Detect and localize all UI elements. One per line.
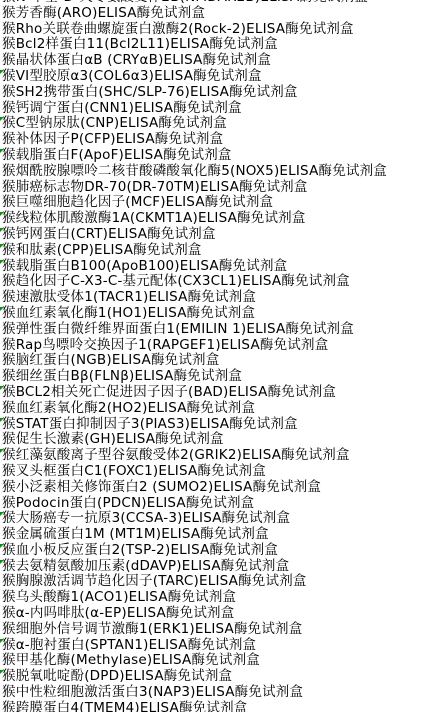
list-item[interactable]: 猴钙网蛋白(CRT)ELISA酶免试剂盒 [2, 227, 439, 243]
kit-name-text: 猴载脂蛋白B100(ApoB100)ELISA酶免试剂盒 [2, 259, 287, 275]
kit-name-text: 猴红藻氨酸离子型谷氨酸受体2(GRIK2)ELISA酶免试剂盒 [2, 448, 350, 464]
kit-name-text: 猴α-胞衬蛋白(SPTAN1)ELISA酶免试剂盒 [2, 638, 256, 654]
kit-name-text: 猴补体因子P(CFP)ELISA酶免试剂盒 [2, 132, 223, 148]
kit-name-text: 猴中性粒细胞激活蛋白3(NAP3)ELISA酶免试剂盒 [2, 685, 303, 701]
list-item[interactable]: 猴金属硫蛋白1M (MT1M)ELISA酶免试剂盒 [2, 527, 439, 543]
list-item[interactable]: 猴SH2携带蛋白(SHC/SLP-76)ELISA酶免试剂盒 [2, 85, 439, 101]
list-item[interactable]: 猴Rap鸟嘌呤交换因子1(RAPGEF1)ELISA酶免试剂盒 [2, 338, 439, 354]
kit-name-text: 猴Podocin蛋白(PDCN)ELISA酶免试剂盒 [2, 496, 254, 512]
anchor-marker-icon [0, 260, 4, 264]
list-item[interactable]: 猴线粒体肌酸激酶1A(CKMT1A)ELISA酶免试剂盒 [2, 211, 439, 227]
kit-name-text: 猴细胞外信号调节激酶1(ERK1)ELISA酶免试剂盒 [2, 622, 302, 638]
list-item[interactable]: 猴中性粒细胞激活蛋白3(NAP3)ELISA酶免试剂盒 [2, 685, 439, 701]
product-kit-list: 猴N-甲基-D-天冬氨酸受体2B(NMDAR2B)ELISA酶免试剂盒猴芳香酶(… [2, 0, 439, 712]
list-item[interactable]: 猴大肠癌专一抗原3(CCSA-3)ELISA酶免试剂盒 [2, 511, 439, 527]
kit-name-text: 猴Bcl2样蛋白11(Bcl2L11)ELISA酶免试剂盒 [2, 37, 278, 53]
list-item[interactable]: 猴补体因子P(CFP)ELISA酶免试剂盒 [2, 132, 439, 148]
kit-name-text: 猴C型钠尿肽(CNP)ELISA酶免试剂盒 [2, 116, 227, 132]
kit-name-text: 猴血红素氧化酶2(HO2)ELISA酶免试剂盒 [2, 401, 255, 417]
list-item[interactable]: 猴和肽素(CPP)ELISA酶免试剂盒 [2, 243, 439, 259]
kit-name-text: 猴金属硫蛋白1M (MT1M)ELISA酶免试剂盒 [2, 527, 269, 543]
anchor-marker-icon [0, 544, 4, 548]
kit-name-text: 猴脑红蛋白(NGB)ELISA酶免试剂盒 [2, 353, 219, 369]
kit-name-text: 猴趋化因子C-X3-C-基元配体(CX3CL1)ELISA酶免试剂盒 [2, 274, 350, 290]
list-item[interactable]: 猴细丝蛋白Bβ(FLNβ)ELISA酶免试剂盒 [2, 369, 439, 385]
kit-name-text: 猴跨膜蛋白4(TMEM4)ELISA酶免试剂盒 [2, 701, 247, 712]
kit-name-text: 猴细丝蛋白Bβ(FLNβ)ELISA酶免试剂盒 [2, 369, 242, 385]
kit-name-text: 猴烟酰胺腺嘌呤二核苷酸磷酸氧化酶5(NOX5)ELISA酶免试剂盒 [2, 164, 387, 180]
kit-name-text: 猴和肽素(CPP)ELISA酶免试剂盒 [2, 243, 202, 259]
list-item[interactable]: 猴载脂蛋白B100(ApoB100)ELISA酶免试剂盒 [2, 259, 439, 275]
kit-name-text: 猴血红素氧化酶1(HO1)ELISA酶免试剂盒 [2, 306, 255, 322]
kit-name-text: 猴胸腺激活调节趋化因子(TARC)ELISA酶免试剂盒 [2, 574, 307, 590]
anchor-marker-icon [0, 244, 4, 248]
list-item[interactable]: 猴脱氧吡啶酚(DPD)ELISA酶免试剂盒 [2, 669, 439, 685]
kit-name-text: 猴STAT蛋白抑制因子3(PIAS3)ELISA酶免试剂盒 [2, 417, 298, 433]
anchor-marker-icon [0, 212, 4, 216]
list-item[interactable]: 猴肺癌标志物DR-70(DR-70TM)ELISA酶免试剂盒 [2, 180, 439, 196]
list-item[interactable]: 猴乌头酸酶1(ACO1)ELISA酶免试剂盒 [2, 590, 439, 606]
kit-name-text: 猴巨噬细胞趋化因子(MCF)ELISA酶免试剂盒 [2, 195, 273, 211]
anchor-marker-icon [0, 512, 4, 516]
list-item[interactable]: 猴血红素氧化酶1(HO1)ELISA酶免试剂盒 [2, 306, 439, 322]
anchor-marker-icon [0, 149, 4, 153]
list-item[interactable]: 猴Bcl2样蛋白11(Bcl2L11)ELISA酶免试剂盒 [2, 37, 439, 53]
kit-name-text: 猴脱氧吡啶酚(DPD)ELISA酶免试剂盒 [2, 669, 232, 685]
kit-name-text: 猴钙调宁蛋白(CNN1)ELISA酶免试剂盒 [2, 101, 242, 117]
list-item[interactable]: 猴α-胞衬蛋白(SPTAN1)ELISA酶免试剂盒 [2, 638, 439, 654]
kit-name-text: 猴甲基化酶(Methylase)ELISA酶免试剂盒 [2, 653, 260, 669]
kit-name-text: 猴线粒体肌酸激酶1A(CKMT1A)ELISA酶免试剂盒 [2, 211, 306, 227]
anchor-marker-icon [0, 560, 4, 564]
list-item[interactable]: 猴促生长激素(GH)ELISA酶免试剂盒 [2, 432, 439, 448]
kit-name-text: 猴VI型胶原α3(COL6α3)ELISA酶免试剂盒 [2, 69, 262, 85]
list-item[interactable]: 猴α-内吗啡肽(α-EP)ELISA酶免试剂盒 [2, 606, 439, 622]
list-item[interactable]: 猴Podocin蛋白(PDCN)ELISA酶免试剂盒 [2, 496, 439, 512]
anchor-marker-icon [0, 386, 4, 390]
list-item[interactable]: 猴芳香酶(ARO)ELISA酶免试剂盒 [2, 6, 439, 22]
list-item[interactable]: 猴BCL2相关死亡促进因子因子(BAD)ELISA酶免试剂盒 [2, 385, 439, 401]
kit-name-text: 猴Rap鸟嘌呤交换因子1(RAPGEF1)ELISA酶免试剂盒 [2, 338, 328, 354]
kit-name-text: 猴芳香酶(ARO)ELISA酶免试剂盒 [2, 6, 205, 22]
kit-name-text: 猴载脂蛋白F(ApoF)ELISA酶免试剂盒 [2, 148, 232, 164]
list-item[interactable]: 猴烟酰胺腺嘌呤二核苷酸磷酸氧化酶5(NOX5)ELISA酶免试剂盒 [2, 164, 439, 180]
list-item[interactable]: 猴STAT蛋白抑制因子3(PIAS3)ELISA酶免试剂盒 [2, 417, 439, 433]
kit-name-text: 猴晶状体蛋白αB (CRYαB)ELISA酶免试剂盒 [2, 53, 271, 69]
list-item[interactable]: 猴小泛素相关修饰蛋白2 (SUMO2)ELISA酶免试剂盒 [2, 480, 439, 496]
list-item[interactable]: 猴趋化因子C-X3-C-基元配体(CX3CL1)ELISA酶免试剂盒 [2, 274, 439, 290]
anchor-marker-icon [0, 449, 4, 453]
list-item[interactable]: 猴C型钠尿肽(CNP)ELISA酶免试剂盒 [2, 116, 439, 132]
list-item[interactable]: 猴血红素氧化酶2(HO2)ELISA酶免试剂盒 [2, 401, 439, 417]
list-item[interactable]: 猴弹性蛋白微纤维界面蛋白1(EMILIN 1)ELISA酶免试剂盒 [2, 322, 439, 338]
list-item[interactable]: 猴跨膜蛋白4(TMEM4)ELISA酶免试剂盒 [2, 701, 439, 712]
kit-name-text: 猴乌头酸酶1(ACO1)ELISA酶免试剂盒 [2, 590, 236, 606]
list-item[interactable]: 猴叉头框蛋白C1(FOXC1)ELISA酶免试剂盒 [2, 464, 439, 480]
anchor-marker-icon [0, 639, 4, 643]
kit-name-text: 猴钙网蛋白(CRT)ELISA酶免试剂盒 [2, 227, 216, 243]
list-item[interactable]: 猴速激肽受体1(TACR1)ELISA酶免试剂盒 [2, 290, 439, 306]
kit-name-text: 猴SH2携带蛋白(SHC/SLP-76)ELISA酶免试剂盒 [2, 85, 298, 101]
kit-name-text: 猴血小板反应蛋白2(TSP-2)ELISA酶免试剂盒 [2, 543, 278, 559]
kit-name-text: 猴叉头框蛋白C1(FOXC1)ELISA酶免试剂盒 [2, 464, 266, 480]
anchor-marker-icon [0, 228, 4, 232]
list-item[interactable]: 猴VI型胶原α3(COL6α3)ELISA酶免试剂盒 [2, 69, 439, 85]
list-item[interactable]: 猴血小板反应蛋白2(TSP-2)ELISA酶免试剂盒 [2, 543, 439, 559]
kit-name-text: 猴速激肽受体1(TACR1)ELISA酶免试剂盒 [2, 290, 256, 306]
list-item[interactable]: 猴钙调宁蛋白(CNN1)ELISA酶免试剂盒 [2, 101, 439, 117]
kit-name-text: 猴小泛素相关修饰蛋白2 (SUMO2)ELISA酶免试剂盒 [2, 480, 321, 496]
anchor-marker-icon [0, 307, 4, 311]
anchor-marker-icon [0, 117, 4, 121]
list-item[interactable]: 猴甲基化酶(Methylase)ELISA酶免试剂盒 [2, 653, 439, 669]
list-item[interactable]: 猴细胞外信号调节激酶1(ERK1)ELISA酶免试剂盒 [2, 622, 439, 638]
list-item[interactable]: 猴红藻氨酸离子型谷氨酸受体2(GRIK2)ELISA酶免试剂盒 [2, 448, 439, 464]
anchor-marker-icon [0, 70, 4, 74]
kit-name-text: 猴BCL2相关死亡促进因子因子(BAD)ELISA酶免试剂盒 [2, 385, 336, 401]
anchor-marker-icon [0, 418, 4, 422]
list-item[interactable]: 猴脑红蛋白(NGB)ELISA酶免试剂盒 [2, 353, 439, 369]
kit-name-text: 猴大肠癌专一抗原3(CCSA-3)ELISA酶免试剂盒 [2, 511, 290, 527]
list-item[interactable]: 猴晶状体蛋白αB (CRYαB)ELISA酶免试剂盒 [2, 53, 439, 69]
anchor-marker-icon [0, 670, 4, 674]
list-item[interactable]: 猴胸腺激活调节趋化因子(TARC)ELISA酶免试剂盒 [2, 574, 439, 590]
kit-name-text: 猴促生长激素(GH)ELISA酶免试剂盒 [2, 432, 224, 448]
kit-name-text: 猴α-内吗啡肽(α-EP)ELISA酶免试剂盒 [2, 606, 234, 622]
list-item[interactable]: 猴巨噬细胞趋化因子(MCF)ELISA酶免试剂盒 [2, 195, 439, 211]
kit-name-text: 猴弹性蛋白微纤维界面蛋白1(EMILIN 1)ELISA酶免试剂盒 [2, 322, 354, 338]
kit-name-text: 猴肺癌标志物DR-70(DR-70TM)ELISA酶免试剂盒 [2, 180, 308, 196]
list-item[interactable]: 猴载脂蛋白F(ApoF)ELISA酶免试剂盒 [2, 148, 439, 164]
